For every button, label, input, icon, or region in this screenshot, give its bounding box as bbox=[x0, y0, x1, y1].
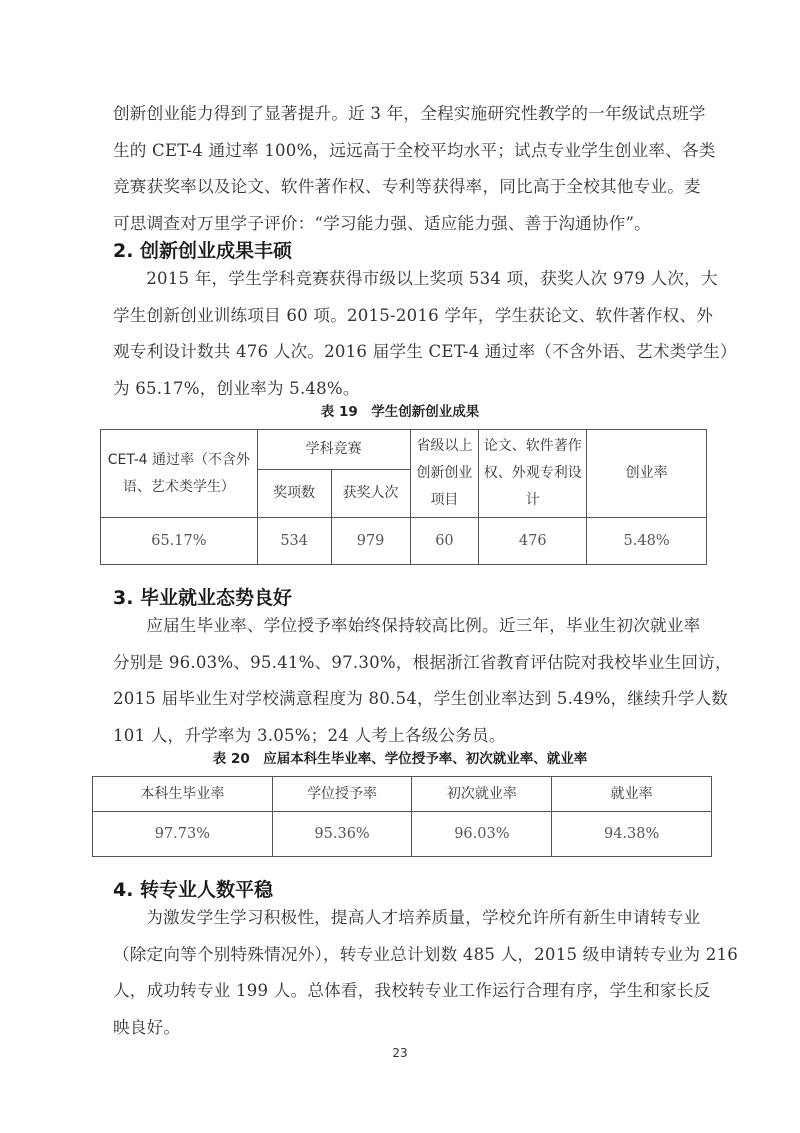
paragraph-line: 2015 届毕业生对学校满意程度为 80.54，学生创业率达到 5.49%，继续… bbox=[113, 681, 688, 718]
cell-startup-rate: 5.48% bbox=[587, 518, 707, 565]
header-papers-patents: 论文、软件著作权、外观专利设计 bbox=[479, 430, 587, 518]
table20-caption: 表 20 应届本科生毕业率、学位授予率、初次就业率、就业率 bbox=[0, 747, 800, 767]
paragraph-line: 生的 CET-4 通过率 100%，远远高于全校平均水平；试点专业学生创业率、各… bbox=[113, 133, 688, 170]
cell-papers-patents: 476 bbox=[479, 518, 587, 565]
paragraph-line: （除定向等个别特殊情况外），转专业总计划数 485 人，2015 级申请转专业为… bbox=[113, 937, 688, 974]
section3-paragraph: 应届生毕业率、学位授予率始终保持较高比例。近三年，毕业生初次就业率 分别是 96… bbox=[113, 608, 688, 754]
cell-award-count: 534 bbox=[257, 518, 331, 565]
header-startup-rate: 创业率 bbox=[587, 430, 707, 518]
paragraph-line: 创新创业能力得到了显著提升。近 3 年，全程实施研究性教学的一年级试点班学 bbox=[113, 96, 688, 133]
section2-paragraph: 2015 年，学生学科竞赛获得市级以上奖项 534 项，获奖人次 979 人次，… bbox=[113, 261, 688, 407]
cell-employment-rate: 94.38% bbox=[552, 812, 712, 857]
intro-paragraph: 创新创业能力得到了显著提升。近 3 年，全程实施研究性教学的一年级试点班学 生的… bbox=[113, 96, 688, 242]
header-employment-rate: 就业率 bbox=[552, 777, 712, 812]
header-cet4: CET-4 通过率（不含外语、艺术类学生） bbox=[101, 430, 258, 518]
section-heading-employment: 3. 毕业就业态势良好 bbox=[113, 583, 292, 610]
paragraph-line: 人，成功转专业 199 人。总体看，我校转专业工作运行合理有序，学生和家长反 bbox=[113, 973, 688, 1010]
cell-cet4-rate: 65.17% bbox=[101, 518, 258, 565]
table-row: 65.17% 534 979 60 476 5.48% bbox=[101, 518, 707, 565]
header-initial-employment-rate: 初次就业率 bbox=[412, 777, 552, 812]
paragraph-line: 观专利设计数共 476 人次。2016 届学生 CET-4 通过率（不含外语、艺… bbox=[113, 334, 688, 371]
paragraph-line: 竞赛获奖率以及论文、软件著作权、专利等获得率，同比高于全校其他专业。麦 bbox=[113, 169, 688, 206]
header-award-count: 奖项数 bbox=[257, 470, 331, 518]
cell-degree-rate: 95.36% bbox=[272, 812, 412, 857]
table19-caption: 表 19 学生创新创业成果 bbox=[0, 400, 800, 420]
paragraph-line: 为激发学生学习积极性，提高人才培养质量，学校允许所有新生申请转专业 bbox=[113, 900, 688, 937]
cell-initial-employment-rate: 96.03% bbox=[412, 812, 552, 857]
page-number: 23 bbox=[0, 1046, 800, 1060]
cell-provincial-projects: 60 bbox=[410, 518, 479, 565]
section-heading-innovation: 2. 创新创业成果丰硕 bbox=[113, 236, 292, 263]
table20: 本科生毕业率 学位授予率 初次就业率 就业率 97.73% 95.36% 96.… bbox=[92, 776, 712, 857]
paragraph-line: 分别是 96.03%、95.41%、97.30%，根据浙江省教育评估院对我校毕业… bbox=[113, 645, 688, 682]
table19: CET-4 通过率（不含外语、艺术类学生） 学科竞赛 省级以上创新创业项目 论文… bbox=[100, 429, 707, 565]
section4-paragraph: 为激发学生学习积极性，提高人才培养质量，学校允许所有新生申请转专业 （除定向等个… bbox=[113, 900, 688, 1046]
header-degree-rate: 学位授予率 bbox=[272, 777, 412, 812]
paragraph-line: 应届生毕业率、学位授予率始终保持较高比例。近三年，毕业生初次就业率 bbox=[113, 608, 688, 645]
table-row: 97.73% 95.36% 96.03% 94.38% bbox=[93, 812, 712, 857]
section-heading-major-transfer: 4. 转专业人数平稳 bbox=[113, 875, 273, 902]
paragraph-line: 映良好。 bbox=[113, 1010, 688, 1047]
header-graduation-rate: 本科生毕业率 bbox=[93, 777, 273, 812]
header-award-persons: 获奖人次 bbox=[331, 470, 410, 518]
paragraph-line: 2015 年，学生学科竞赛获得市级以上奖项 534 项，获奖人次 979 人次，… bbox=[113, 261, 688, 298]
header-competition: 学科竞赛 bbox=[257, 430, 410, 470]
cell-award-persons: 979 bbox=[331, 518, 410, 565]
document-page: 创新创业能力得到了显著提升。近 3 年，全程实施研究性教学的一年级试点班学 生的… bbox=[0, 0, 800, 1133]
paragraph-line: 学生创新创业训练项目 60 项。2015-2016 学年，学生获论文、软件著作权… bbox=[113, 298, 688, 335]
cell-graduation-rate: 97.73% bbox=[93, 812, 273, 857]
header-provincial-projects: 省级以上创新创业项目 bbox=[410, 430, 479, 518]
